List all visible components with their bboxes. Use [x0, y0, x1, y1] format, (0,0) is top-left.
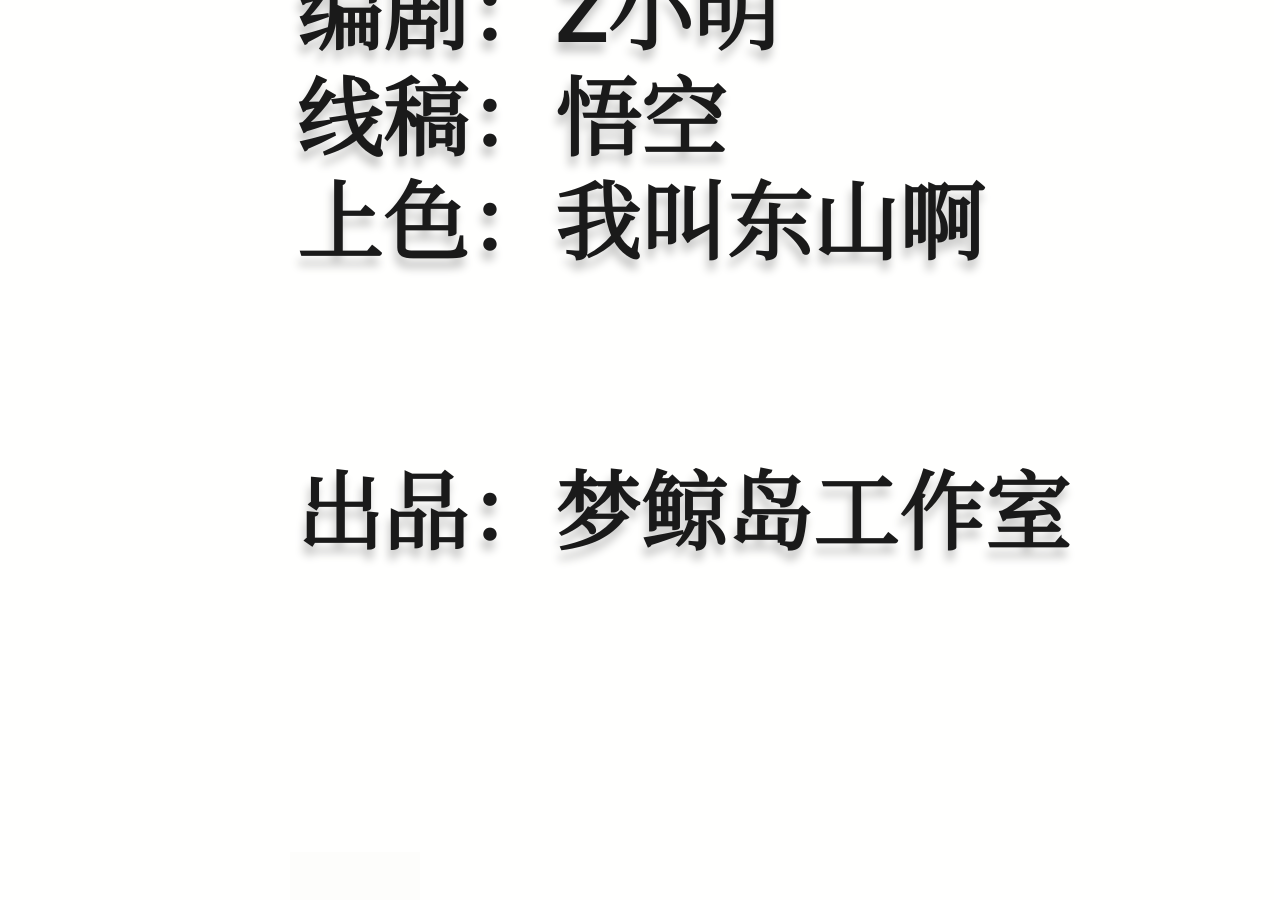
- credit-name-screenwriter: Z小明: [556, 0, 781, 61]
- credits-page: 编剧：Z小明 线稿：悟空 上色：我叫东山啊 出品：梦鲸岛工作室: [0, 0, 1274, 900]
- credit-separator: ：: [470, 470, 556, 556]
- credit-line-producer: 出品：梦鲸岛工作室: [298, 470, 1072, 556]
- credit-separator: ：: [470, 180, 556, 266]
- credit-role-coloring: 上色: [298, 175, 470, 271]
- credit-name-lineart: 悟空: [556, 71, 728, 167]
- credit-separator: ：: [470, 76, 556, 162]
- credit-line-screenwriter: 编剧：Z小明: [298, 0, 781, 56]
- faint-artwork-edge: [290, 852, 420, 900]
- credit-line-lineart: 线稿：悟空: [298, 76, 728, 162]
- credit-role-producer: 出品: [298, 465, 470, 561]
- credit-name-producer: 梦鲸岛工作室: [556, 465, 1072, 561]
- credit-role-screenwriter: 编剧: [298, 0, 470, 61]
- credit-name-coloring: 我叫东山啊: [556, 175, 986, 271]
- credit-separator: ：: [470, 0, 556, 56]
- credit-role-lineart: 线稿: [298, 71, 470, 167]
- credit-line-coloring: 上色：我叫东山啊: [298, 180, 986, 266]
